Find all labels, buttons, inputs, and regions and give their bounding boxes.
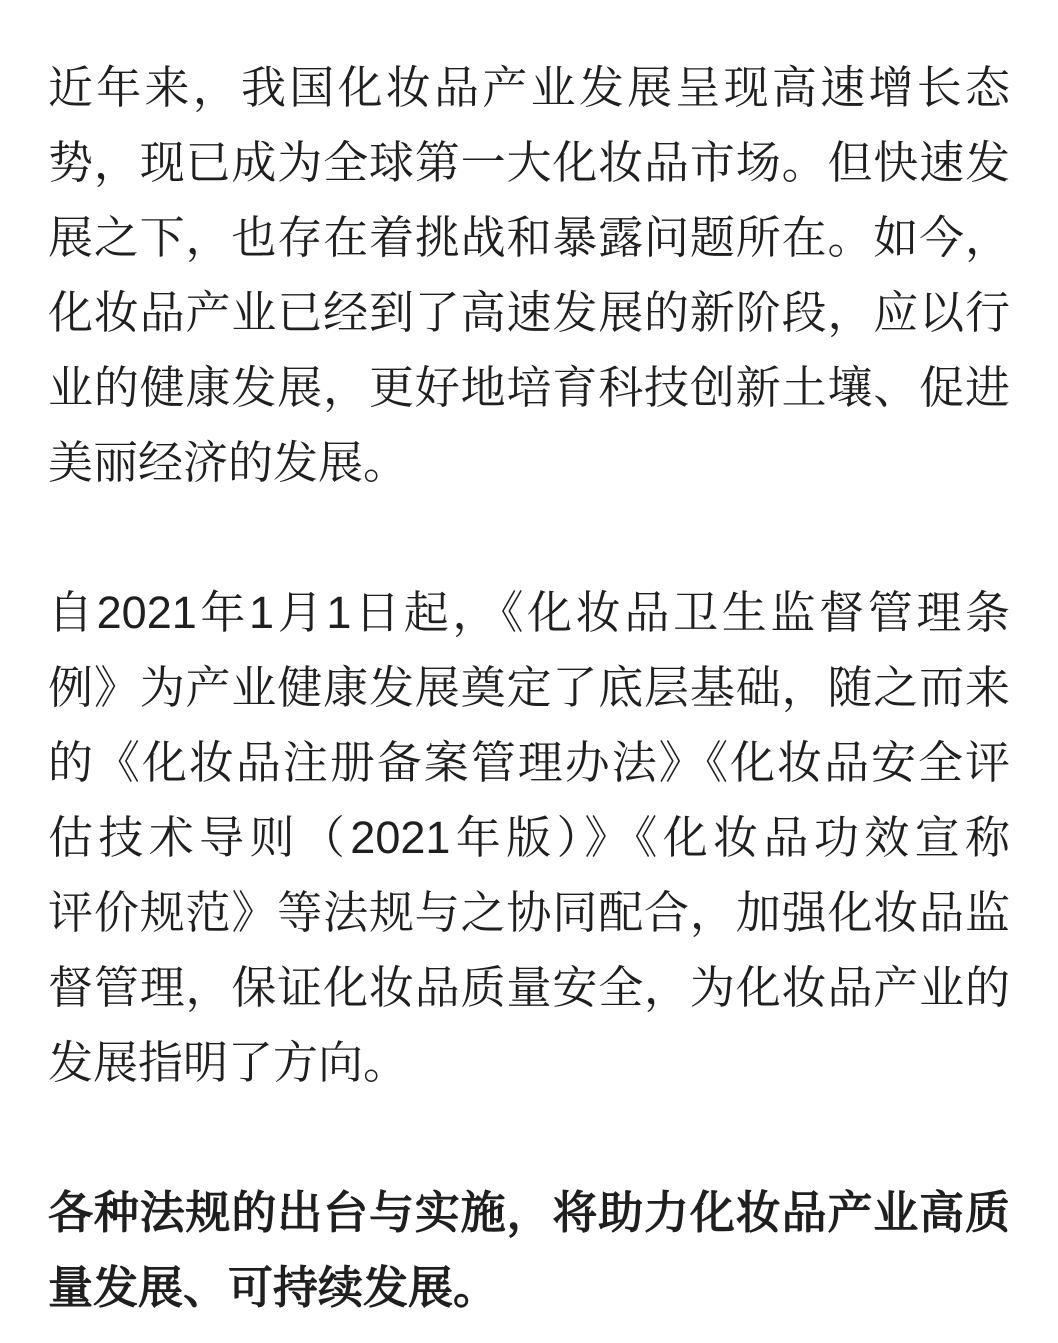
- text-line: 估技术导则（2021年版）》《化妆品功效宣称: [48, 800, 1010, 875]
- text-line: 化妆品产业已经到了高速发展的新阶段，应以行: [48, 275, 1010, 350]
- paragraph-regulations-2021: 自2021年1月1日起，《化妆品卫生监督管理条例》为产业健康发展奠定了底层基础，…: [48, 575, 1010, 1100]
- article-page: 近年来，我国化妆品产业发展呈现高速增长态势，现已成为全球第一大化妆品市场。但快速…: [0, 0, 1058, 1343]
- text-line: 展之下，也存在着挑战和暴露问题所在。如今，: [48, 200, 1010, 275]
- text-line: 评价规范》等法规与之协同配合，加强化妆品监: [48, 875, 1010, 950]
- text-line: 发展指明了方向。: [48, 1025, 1010, 1100]
- text-line: 各种法规的出台与实施，将助力化妆品产业高质: [48, 1175, 1010, 1250]
- paragraph-industry-growth: 近年来，我国化妆品产业发展呈现高速增长态势，现已成为全球第一大化妆品市场。但快速…: [48, 50, 1010, 500]
- text-line: 美丽经济的发展。: [48, 425, 1010, 500]
- text-line: 势，现已成为全球第一大化妆品市场。但快速发: [48, 125, 1010, 200]
- text-line: 例》为产业健康发展奠定了底层基础，随之而来: [48, 650, 1010, 725]
- paragraph-conclusion-bold: 各种法规的出台与实施，将助力化妆品产业高质量发展、可持续发展。: [48, 1175, 1010, 1325]
- text-line: 近年来，我国化妆品产业发展呈现高速增长态: [48, 50, 1010, 125]
- text-line: 督管理，保证化妆品质量安全，为化妆品产业的: [48, 950, 1010, 1025]
- text-line: 自2021年1月1日起，《化妆品卫生监督管理条: [48, 575, 1010, 650]
- article-body: 近年来，我国化妆品产业发展呈现高速增长态势，现已成为全球第一大化妆品市场。但快速…: [48, 50, 1010, 1325]
- text-line: 业的健康发展，更好地培育科技创新土壤、促进: [48, 350, 1010, 425]
- text-line: 的《化妆品注册备案管理办法》《化妆品安全评: [48, 725, 1010, 800]
- text-line: 量发展、可持续发展。: [48, 1250, 1010, 1325]
